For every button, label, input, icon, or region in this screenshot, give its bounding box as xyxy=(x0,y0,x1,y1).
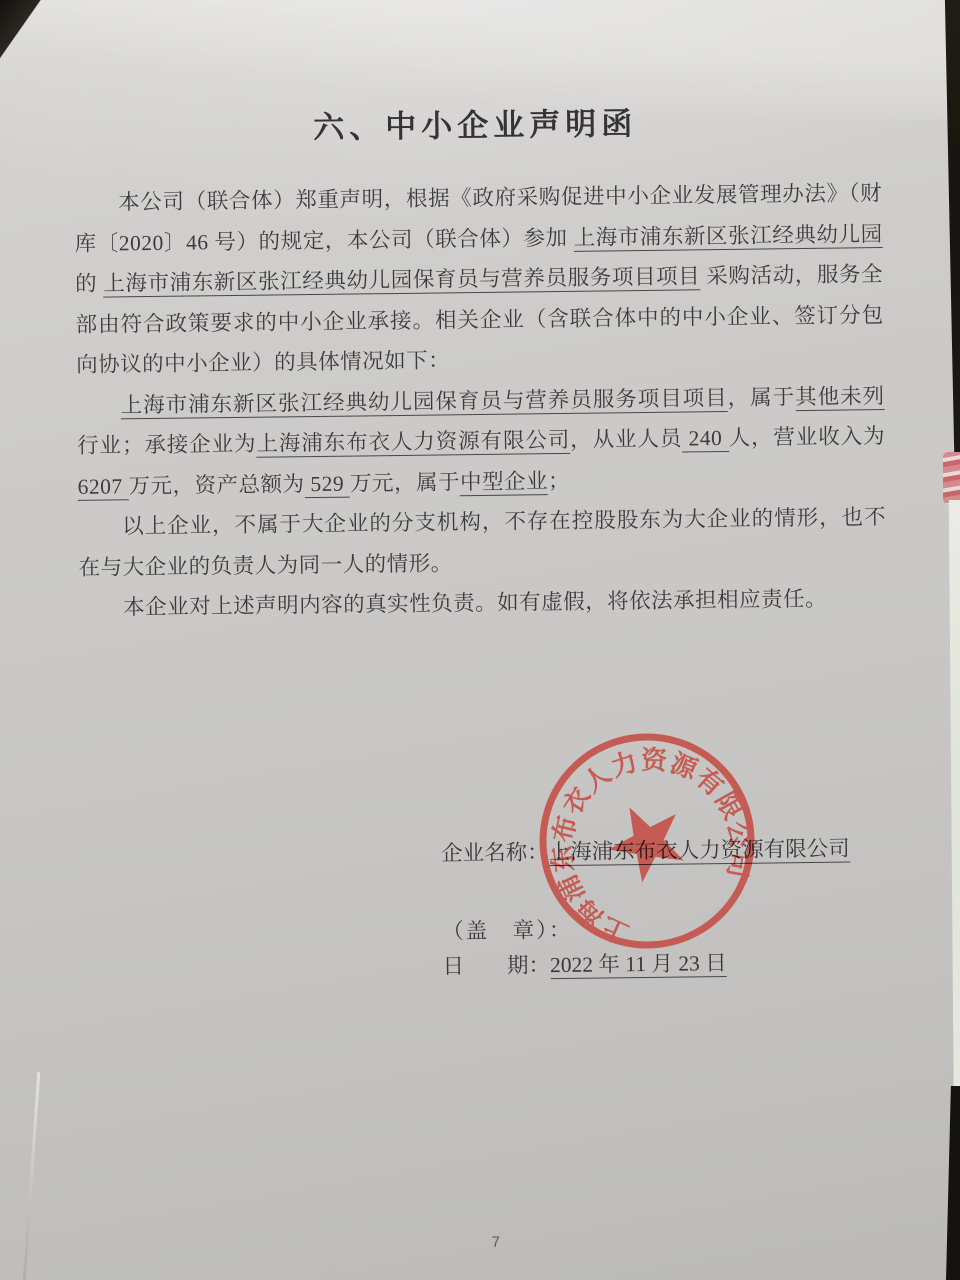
underlined-field: 529 xyxy=(304,471,350,498)
text-run: 人，营业收入为 xyxy=(728,424,885,450)
underlined-field: 上海市浦东新区张江经典幼儿园保育员与营养员服务项目项目 xyxy=(121,385,728,418)
document-photo: 六、中小企业声明函 本公司（联合体）郑重声明，根据《政府采购促进中小企业发展管理… xyxy=(0,0,960,1280)
declaration-letter-page: 六、中小企业声明函 本公司（联合体）郑重声明，根据《政府采购促进中小企业发展管理… xyxy=(0,0,960,1280)
text-run: 采购活动，服务全 xyxy=(700,262,883,288)
body-line: 本企业对上述声明内容的真实性负责。如有虚假，将依法承担相应责任。 xyxy=(79,578,887,628)
page-number: 7 xyxy=(471,1234,521,1252)
text-run: 本公司（联合体）郑重声明，根据《政府采购促进中小企业发展管理办法》（财 xyxy=(118,181,882,214)
text-run: ，属于 xyxy=(728,385,796,410)
seal-row: （盖 章）： xyxy=(442,913,573,946)
text-run: ； xyxy=(548,468,570,492)
underlined-field: 上海浦东布衣人力资源有限公司 xyxy=(256,428,570,458)
seal-star-icon xyxy=(596,790,697,889)
text-run: 的 xyxy=(75,272,103,296)
text-run: 库〔2020〕46 号）的规定，本公司（联合体）参加 xyxy=(75,225,574,255)
document-body: 本公司（联合体）郑重声明，根据《政府采购促进中小企业发展管理办法》（财库〔202… xyxy=(74,173,887,628)
underlined-field: 240 xyxy=(682,426,729,453)
text-run: 向协议的中小企业）的具体情况如下： xyxy=(76,348,450,377)
document-title: 六、中小企业声明函 xyxy=(0,94,955,151)
underlined-field: 6207 xyxy=(78,474,129,501)
text-run: 万元，资产总额为 xyxy=(128,472,304,498)
date-label: 日 期： xyxy=(442,953,550,978)
seal-char: 公 xyxy=(722,819,755,849)
text-run: 本企业对上述声明内容的真实性负责。如有虚假，将依法承担相应责任。 xyxy=(123,587,827,620)
text-run: 行业；承接企业为 xyxy=(77,432,257,458)
text-run: ，从业人员 xyxy=(570,427,682,452)
seal-label: （盖 章）： xyxy=(442,918,573,944)
seal-char: 司 xyxy=(722,849,755,880)
text-run: 在与大企业的负责人为同一人的情形。 xyxy=(79,551,453,580)
underlined-field: 中型企业 xyxy=(460,469,548,496)
underlined-field: 上海市浦东新区张江经典幼儿园 xyxy=(573,222,882,252)
underlined-field: 上海市浦东新区张江经典幼儿园保育员与营养员服务项目项目 xyxy=(103,264,700,297)
seal-char: 资 xyxy=(641,745,669,776)
seal-char: 东 xyxy=(547,845,579,874)
text-run: 万元，属于 xyxy=(350,470,460,495)
